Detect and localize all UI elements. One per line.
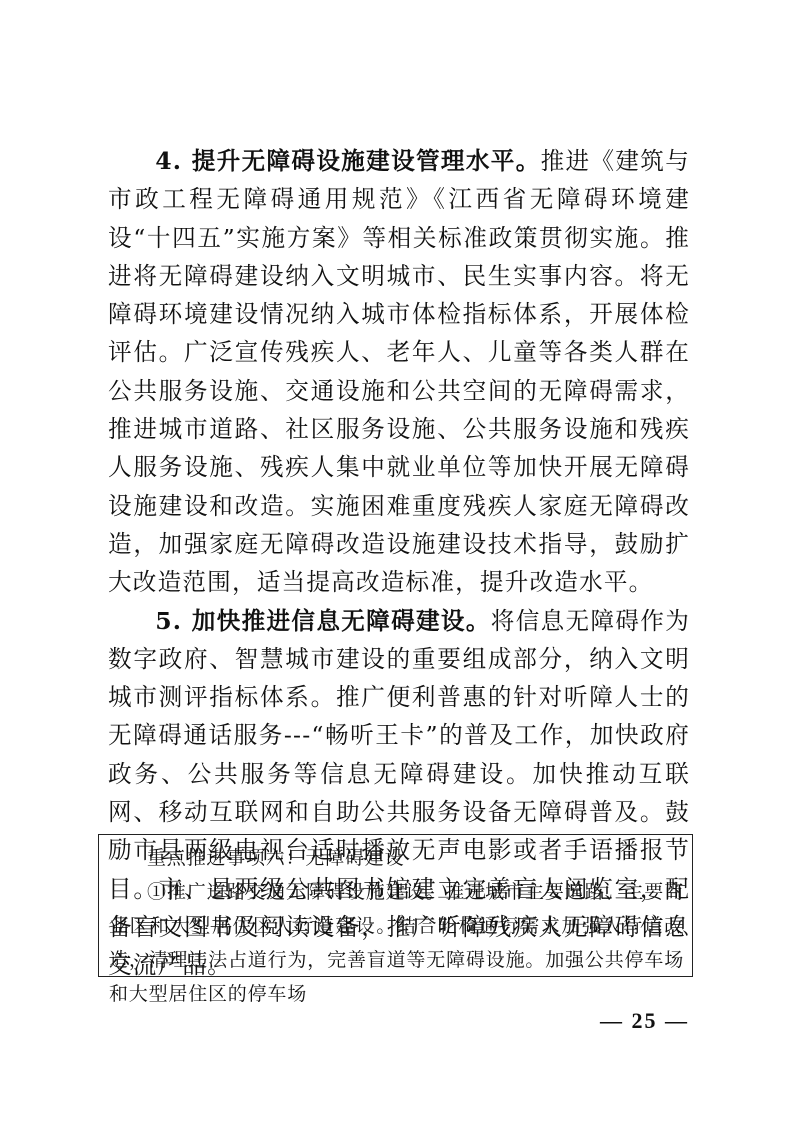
paragraph-4-text: 推进《建筑与市政工程无障碍通用规范》《江西省无障碍环境建设“十四五”实施方案》等… bbox=[108, 147, 690, 596]
key-item-box: 重点推进事项六：无障碍建设 ①推广道路交通无障碍设施建设。推进城市主要道路、主要… bbox=[98, 834, 693, 977]
key-item-title: 重点推进事项六：无障碍建设 bbox=[109, 841, 684, 875]
paragraph-4: 4. 提升无障碍设施建设管理水平。推进《建筑与市政工程无障碍通用规范》《江西省无… bbox=[108, 142, 690, 602]
document-page: 4. 提升无障碍设施建设管理水平。推进《建筑与市政工程无障碍通用规范》《江西省无… bbox=[0, 0, 793, 1122]
paragraph-4-heading: 4. 提升无障碍设施建设管理水平。 bbox=[155, 147, 540, 175]
paragraph-5-heading: 5. 加快推进信息无障碍建设。 bbox=[155, 607, 491, 635]
page-number: — 25 — bbox=[600, 1008, 689, 1034]
key-item-content: 重点推进事项六：无障碍建设 ①推广道路交通无障碍设施建设。推进城市主要道路、主要… bbox=[109, 841, 684, 1011]
key-item-text: ①推广道路交通无障碍设施建设。推进城市主要道路、主要商业区和大型居住区人行道建设… bbox=[109, 875, 684, 1011]
